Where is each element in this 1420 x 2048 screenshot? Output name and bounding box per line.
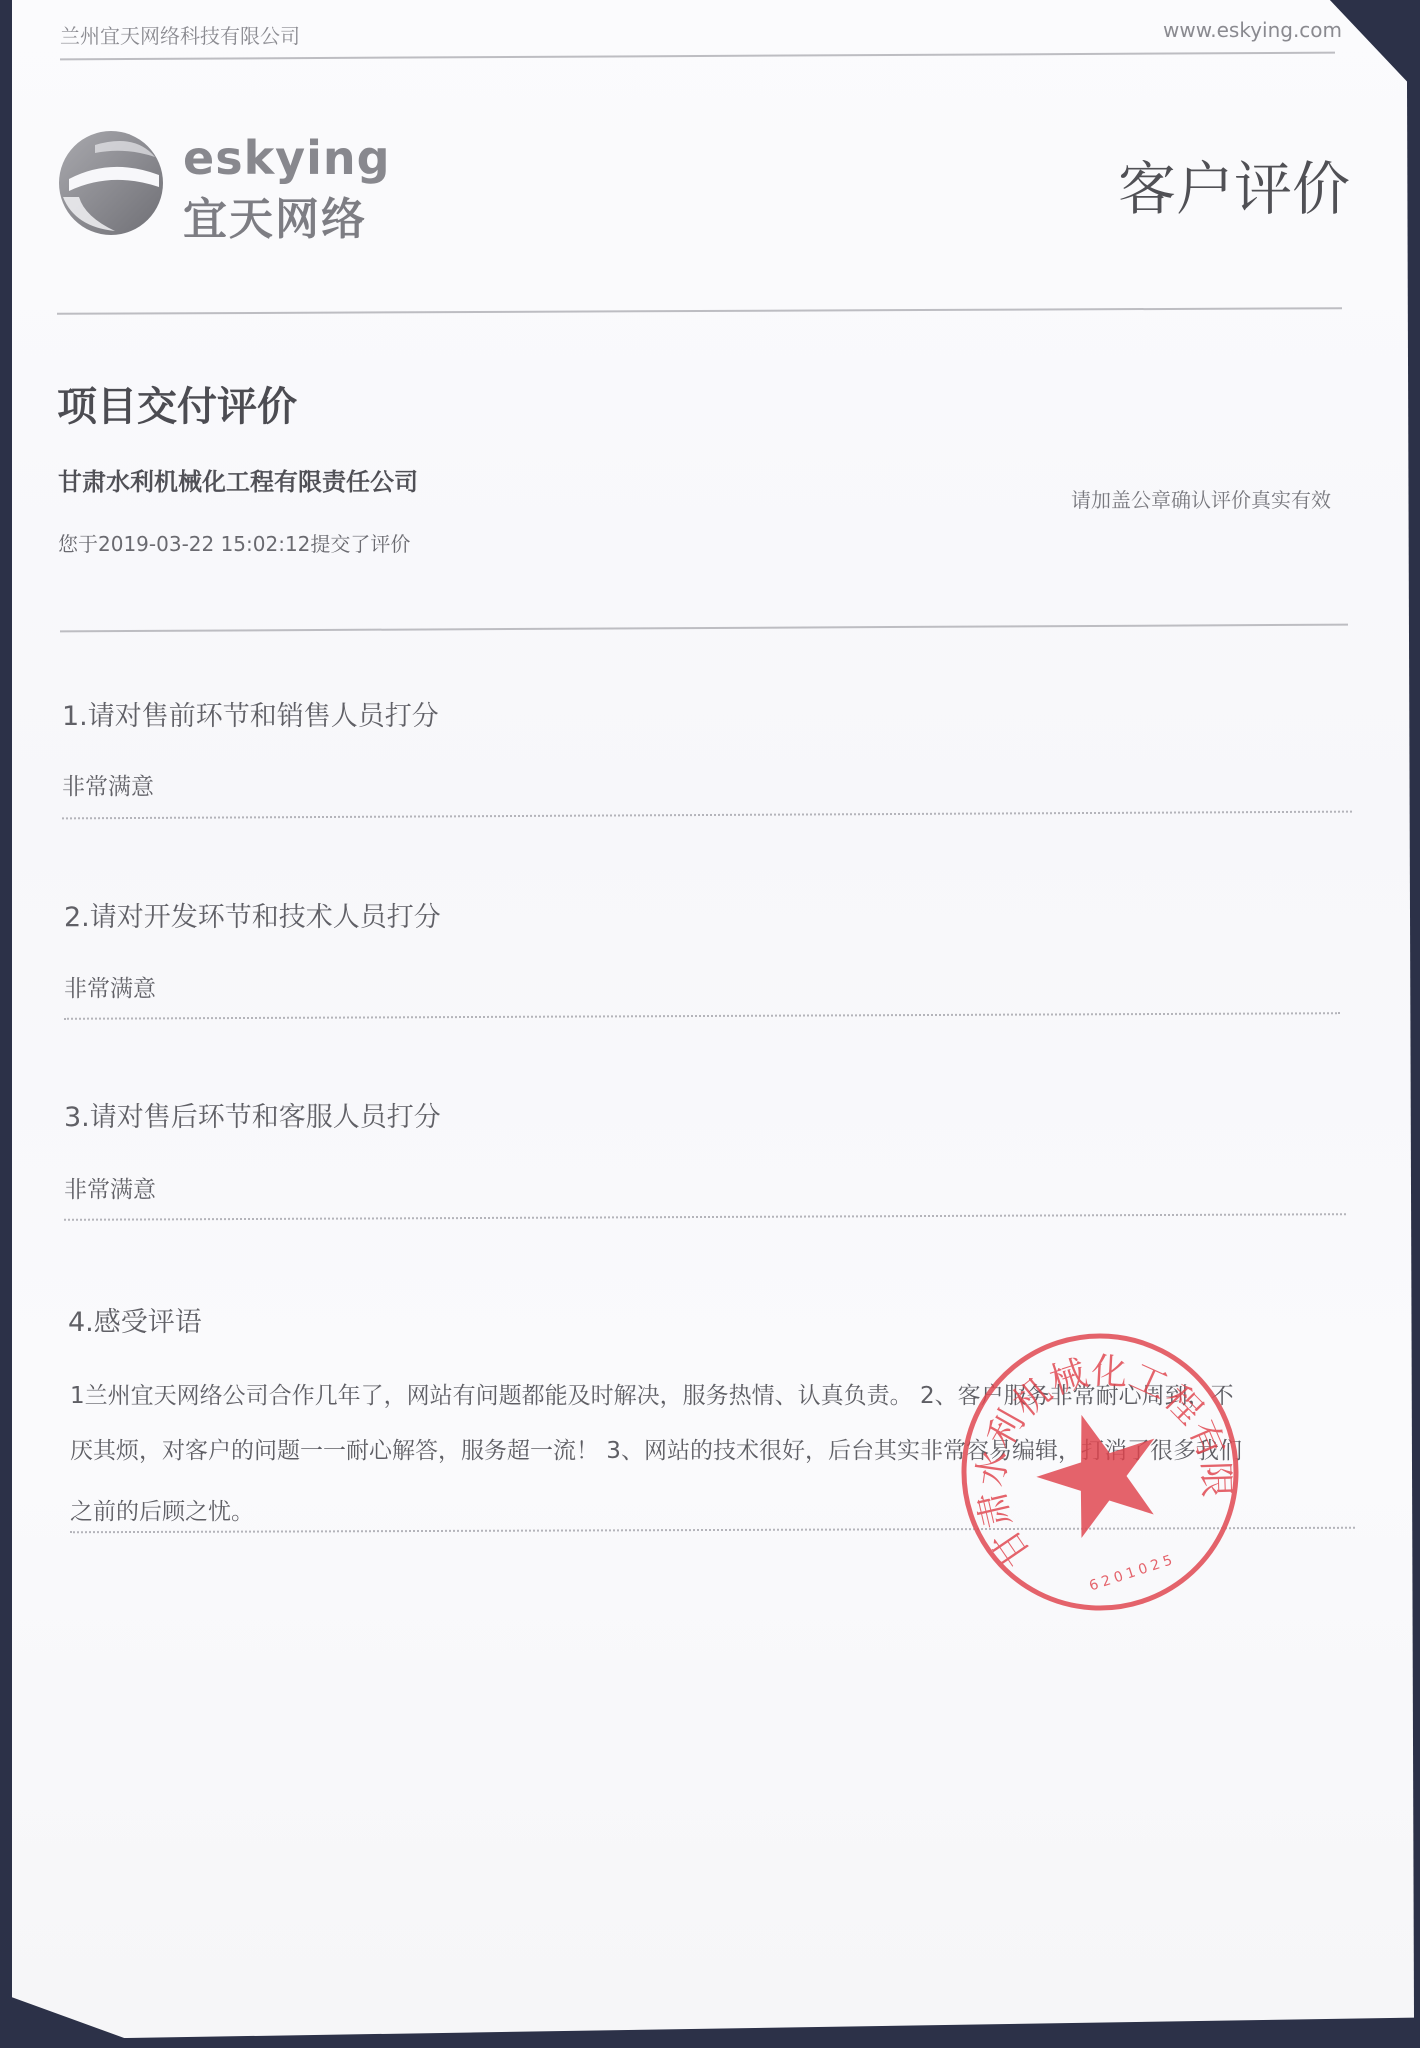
question-1-answer: 非常满意 xyxy=(62,768,154,801)
document-title: 客户评价 xyxy=(1118,142,1350,226)
question-2-label: 2.请对开发环节和技术人员打分 xyxy=(64,895,441,934)
submitted-timestamp: 您于2019-03-22 15:02:12提交了评价 xyxy=(58,528,410,557)
logo-text-en: eskying xyxy=(183,131,391,185)
seal-code: 6201025 xyxy=(1087,1551,1178,1594)
seal-note: 请加盖公章确认评价真实有效 xyxy=(1071,484,1331,513)
comment-line-3: 之前的后顾之忧。 xyxy=(70,1493,254,1526)
eskying-logo-icon xyxy=(55,127,167,239)
question-4-label: 4.感受评语 xyxy=(68,1300,202,1339)
header-website: www.eskying.com xyxy=(1163,18,1342,42)
company-seal-stamp: 甘肃水利机械化工程有限责任公司 6201025 xyxy=(955,1327,1245,1617)
header-company-name: 兰州宜天网络科技有限公司 xyxy=(60,20,300,49)
question-3-label: 3.请对售后环节和客服人员打分 xyxy=(64,1095,441,1134)
question-2-answer: 非常满意 xyxy=(64,970,156,1003)
question-3-answer: 非常满意 xyxy=(64,1171,156,1204)
seal-star-icon xyxy=(1022,1396,1176,1546)
logo-text-cn: 宜天网络 xyxy=(183,183,367,247)
company-logo: eskying 宜天网络 xyxy=(55,123,385,243)
client-company: 甘肃水利机械化工程有限责任公司 xyxy=(58,462,418,497)
question-1-label: 1.请对售前环节和销售人员打分 xyxy=(62,694,439,733)
section-title: 项目交付评价 xyxy=(57,375,297,432)
